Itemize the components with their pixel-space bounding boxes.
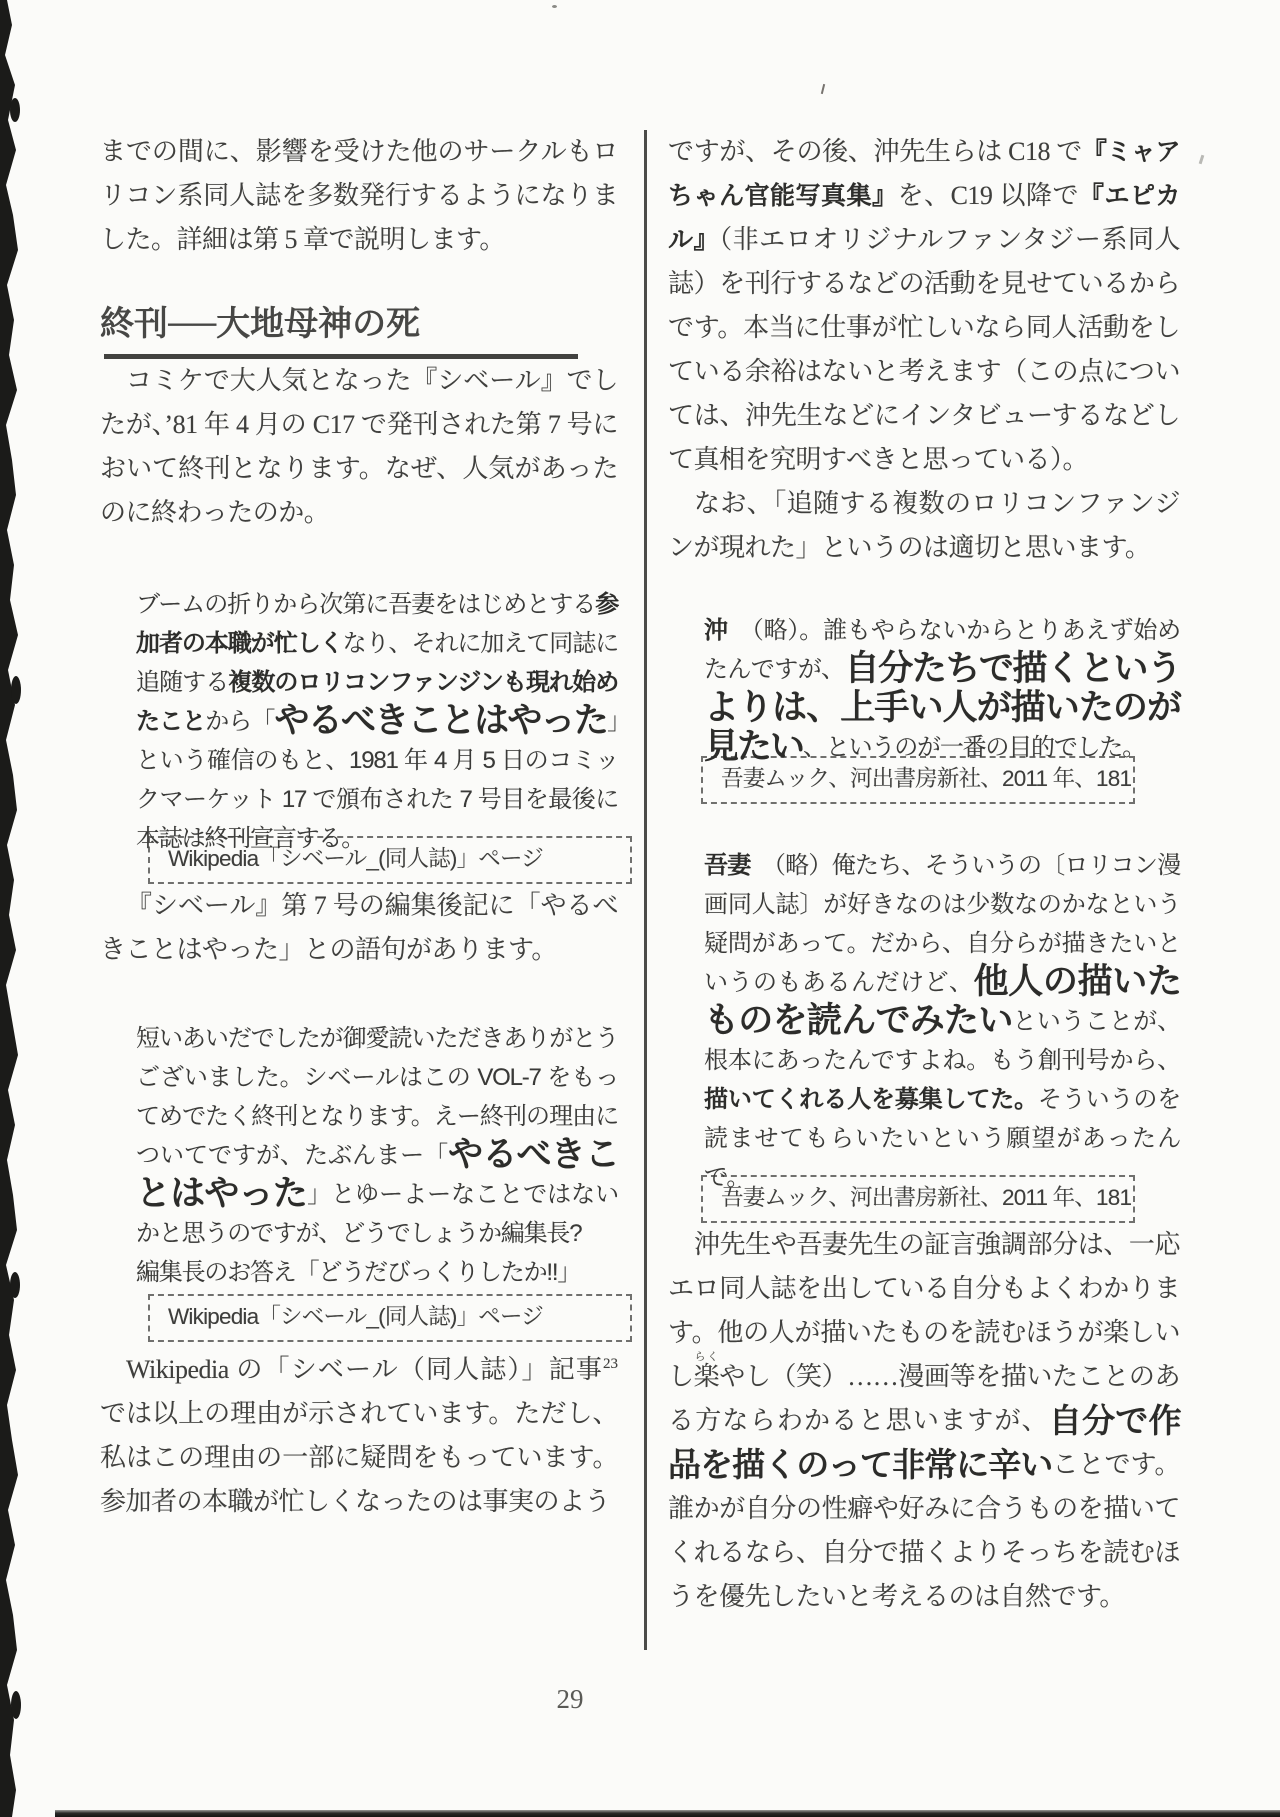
scan-speck (1199, 155, 1205, 164)
text-segment: ですが、その後、沖先生らは C18 で (668, 137, 1082, 166)
ruby-reading: らく (694, 1351, 720, 1363)
para-nao-follow: なお、「追随する複数のロリコンファンジンが現れた」というのは適切と思います。 (668, 482, 1180, 570)
para-carryover: までの間に、影響を受けた他のサークルもロリコン系同人誌を多数発行するようになりま… (100, 130, 618, 262)
quote-wikipedia-cybele: ブームの折りから次第に吾妻をはじめとする参加者の本職が忙しくなり、それに加えて同… (136, 585, 618, 858)
quote-azuma: 吾妻 （略）俺たち、そういうの〔ロリコン漫画同人誌〕が好きなのは少数なのかなとい… (704, 846, 1180, 1197)
text-segment: 23 (603, 1356, 618, 1372)
right-column: ですが、その後、沖先生らは C18 で『ミャアちゃん官能写真集』を、C19 以降… (668, 130, 1180, 1619)
page-binding-edge (0, 0, 24, 1817)
text-segment: Wikipedia の「シベール（同人誌）」記事 (126, 1355, 603, 1384)
quote-oki: 沖 （略）。誰もやらないからとりあえず始めたんですが、自分たちで描くというよりは… (704, 611, 1180, 767)
cite-azuma-mook-2: 吾妻ムック、河出書房新社、2011 年、181 頁 (701, 1175, 1135, 1223)
cite-wikipedia-page-2: Wikipedia「シベール_(同人誌)」ページ (148, 1294, 632, 1342)
quote-vol7-postscript: 短いあいだでしたが御愛読いただきありがとうございました。シベールはこの VOL-… (136, 1019, 618, 1292)
text-segment: やるべきことはやった (274, 701, 607, 740)
page-number: 29 (30, 1684, 1110, 1715)
text-segment: 沖 (704, 617, 728, 644)
text-segment: では以上の理由が示されています。ただし、私はこの理由の一部に疑問をもっています。… (100, 1399, 618, 1516)
ruby-annotation: 楽らく (694, 1362, 720, 1391)
section-heading-wrap: 終刊──大地母神の死 (100, 304, 618, 359)
scanned-book-page: までの間に、影響を受けた他のサークルもロリコン系同人誌を多数発行するようになりま… (0, 0, 1280, 1817)
text-segment: なお、「追随する複数のロリコンファンジンが現れた」というのは適切と思います。 (668, 489, 1180, 562)
text-segment: ブームの折りから次第に吾妻をはじめとする (136, 591, 595, 618)
text-segment: 吾妻 (704, 852, 751, 879)
para-wikipedia-doubt: Wikipedia の「シベール（同人誌）」記事23では以上の理由が示されていま… (100, 1342, 618, 1524)
text-segment: 編集長のお答え「どうだびっくりしたか!!」 (136, 1259, 580, 1286)
text-segment: コミケで大人気となった『シベール』でしたが、’81 年 4 月の C17 で発刊… (100, 366, 618, 527)
para-oki-activities: ですが、その後、沖先生らは C18 で『ミャアちゃん官能写真集』を、C19 以降… (668, 130, 1180, 482)
text-segment: を、C19 以降で (898, 181, 1079, 210)
para-conclusion: 沖先生や吾妻先生の証言強調部分は、一応エロ同人誌を出している自分もよくわかります… (668, 1223, 1180, 1619)
scan-bottom-edge (55, 1810, 1280, 1817)
text-segment: 、というのが一番の目的でした。 (803, 734, 1145, 761)
left-column: までの間に、影響を受けた他のサークルもロリコン系同人誌を多数発行するようになりま… (100, 130, 618, 1524)
ruby-base: 楽 (694, 1362, 720, 1391)
cite-wikipedia-page-1: Wikipedia「シベール_(同人誌)」ページ (148, 836, 632, 884)
para-editors-note: 『シベール』第 7 号の編集後記に「やるべきことはやった」との語句があります。 (100, 884, 618, 972)
text-segment: 『シベール』第 7 号の編集後記に「やるべきことはやった」との語句があります。 (100, 891, 618, 964)
column-divider (644, 130, 647, 1650)
text-segment: までの間に、影響を受けた他のサークルもロリコン系同人誌を多数発行するようになりま… (100, 137, 618, 254)
text-segment: 描いてくれる人を募集してた。 (704, 1086, 1038, 1113)
heading-shukan: 終刊──大地母神の死 (100, 304, 618, 344)
scan-speck (552, 5, 557, 8)
text-segment: （非エロオリジナルファンタジー系同人誌）を刊行するなどの活動を見せているからです… (668, 225, 1180, 474)
cite-azuma-mook-1: 吾妻ムック、河出書房新社、2011 年、181 頁 (701, 756, 1135, 804)
para-cybele-discontinued: コミケで大人気となった『シベール』でしたが、’81 年 4 月の C17 で発刊… (100, 359, 618, 535)
text-segment: から「 (205, 708, 274, 735)
scan-speck (821, 84, 825, 94)
